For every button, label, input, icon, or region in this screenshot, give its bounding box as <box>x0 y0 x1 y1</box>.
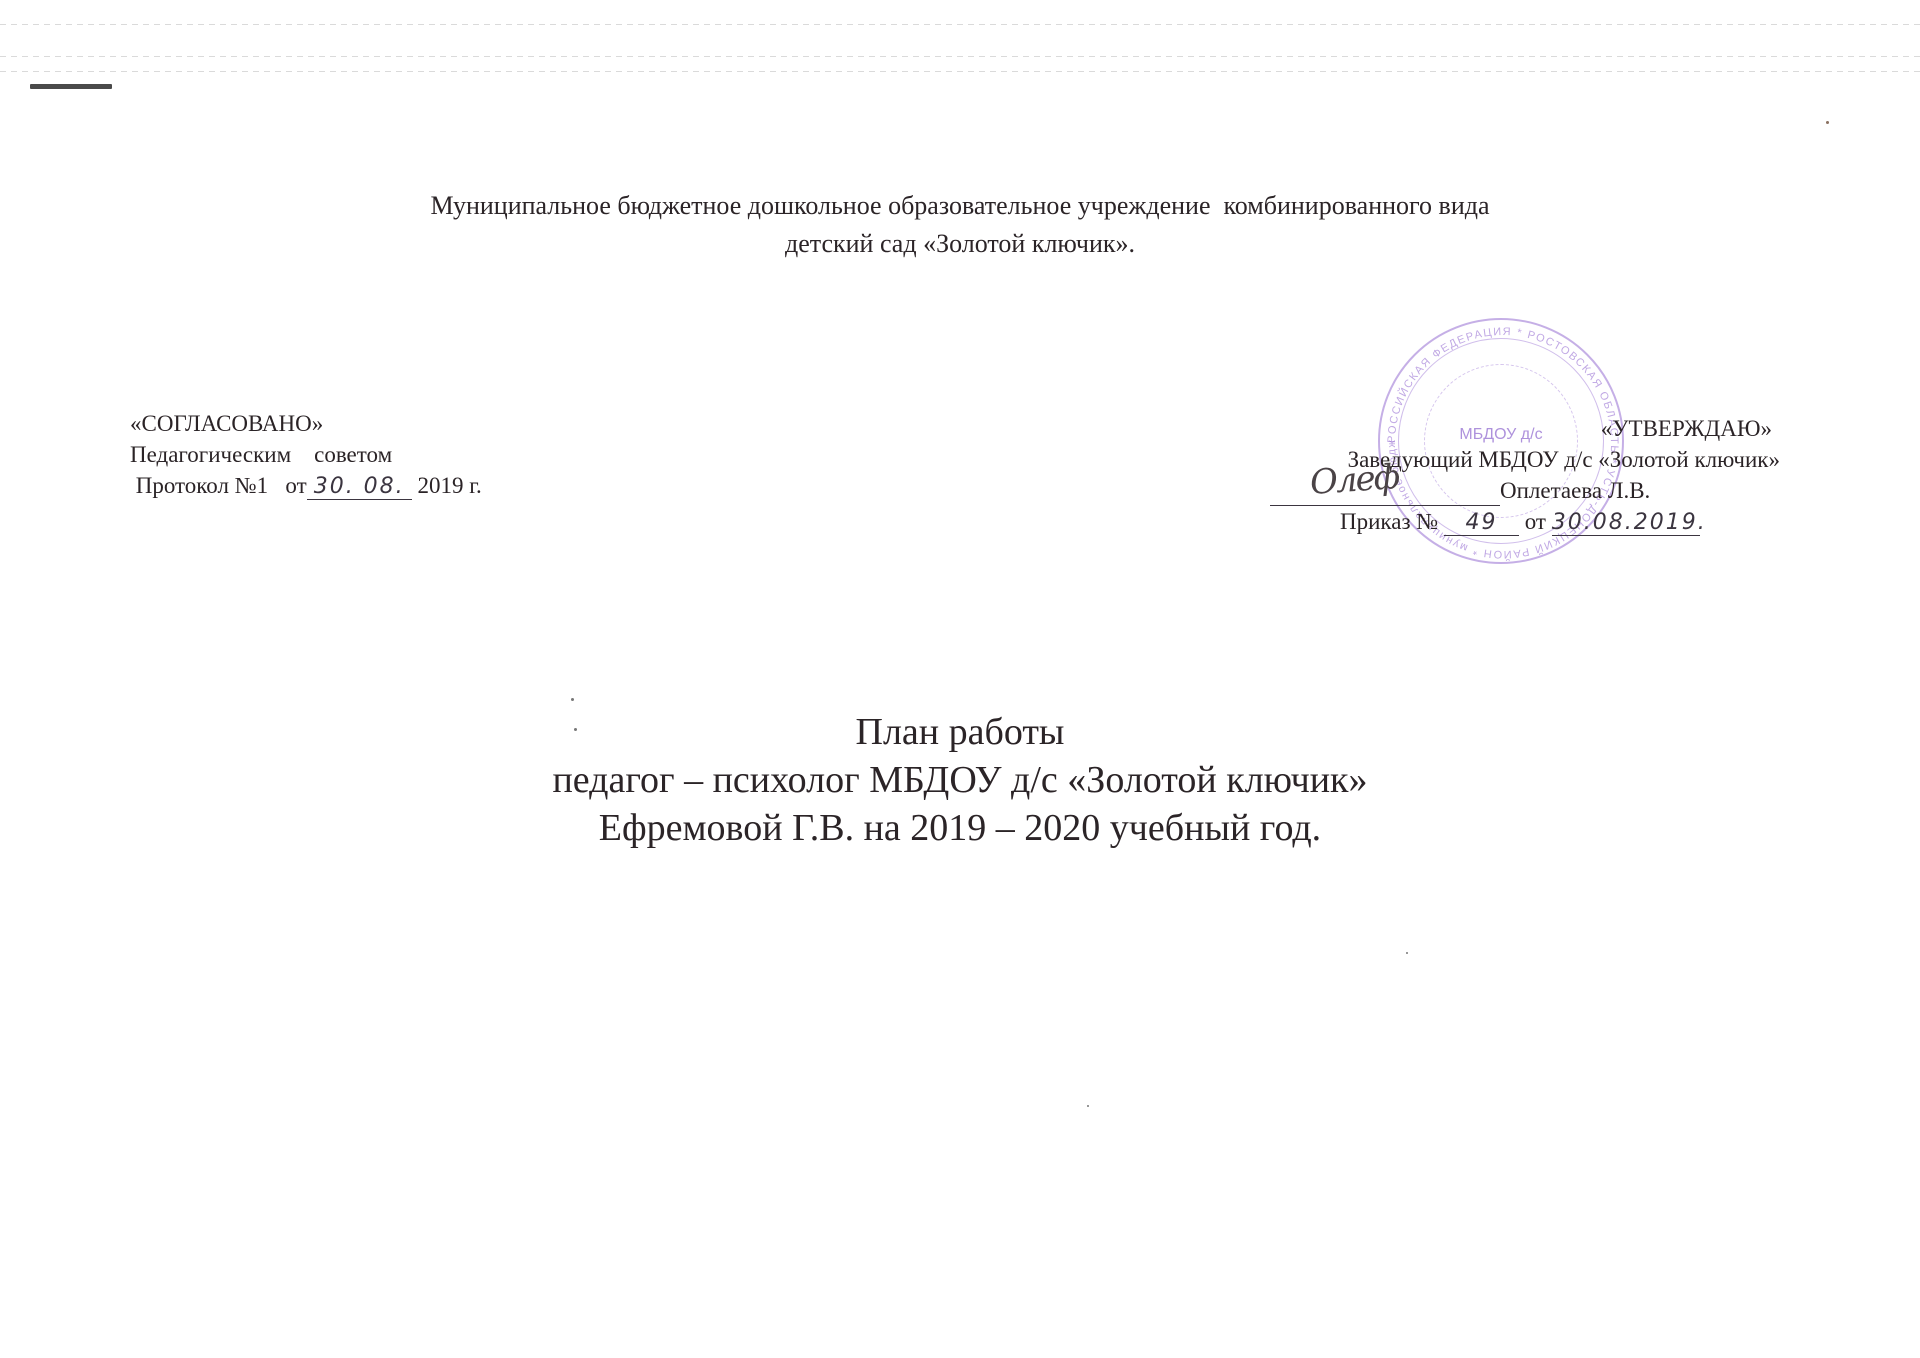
order-number-handwritten: 49 <box>1444 511 1519 536</box>
title-line2: педагог – психолог МБДОУ д/с «Золотой кл… <box>0 756 1920 804</box>
protocol-prefix: Протокол №1 от <box>130 473 307 498</box>
order-line: Приказ № 49 от 30.08.2019. <box>1270 506 1780 537</box>
signature-underline: Олеф <box>1270 479 1500 506</box>
approved-block: «УТВЕРЖДАЮ» Заведующий МБДОУ д/с «Золото… <box>1270 413 1780 537</box>
document-title: План работы педагог – психолог МБДОУ д/с… <box>0 708 1920 852</box>
signature-line: ОлефОплетаева Л.В. <box>1270 475 1780 506</box>
scan-speck <box>571 698 574 701</box>
scan-speck <box>1826 121 1829 124</box>
institution-name-line1: Муниципальное бюджетное дошкольное образ… <box>0 187 1920 225</box>
approved-title: «УТВЕРЖДАЮ» <box>1270 413 1780 444</box>
title-line3: Ефремовой Г.В. на 2019 – 2020 учебный го… <box>0 804 1920 852</box>
protocol-line: Протокол №1 от30. 08. 2019 г. <box>130 470 482 501</box>
agreed-block: «СОГЛАСОВАНО» Педагогическим советом Про… <box>130 408 482 501</box>
scan-speck <box>1406 952 1408 954</box>
scan-artifact-line <box>0 71 1920 72</box>
protocol-date-handwritten: 30. 08. <box>307 475 412 500</box>
handwritten-signature: Олеф <box>1309 462 1399 499</box>
order-prefix: Приказ № <box>1340 509 1444 534</box>
order-date-handwritten: 30.08.2019. <box>1552 511 1700 536</box>
scan-artifact-line <box>0 56 1920 57</box>
title-line1: План работы <box>0 708 1920 756</box>
agreed-title: «СОГЛАСОВАНО» <box>130 408 482 439</box>
institution-header: Муниципальное бюджетное дошкольное образ… <box>0 187 1920 263</box>
protocol-suffix: 2019 г. <box>412 473 482 498</box>
institution-name-line2: детский сад «Золотой ключик». <box>0 225 1920 263</box>
agreed-body: Педагогическим советом <box>130 439 482 470</box>
scan-speck <box>1087 1105 1089 1107</box>
scan-artifact-mark <box>30 84 112 89</box>
scan-artifact-line <box>0 24 1920 25</box>
approver-name: Оплетаева Л.В. <box>1500 478 1650 503</box>
order-mid: от <box>1519 509 1552 534</box>
